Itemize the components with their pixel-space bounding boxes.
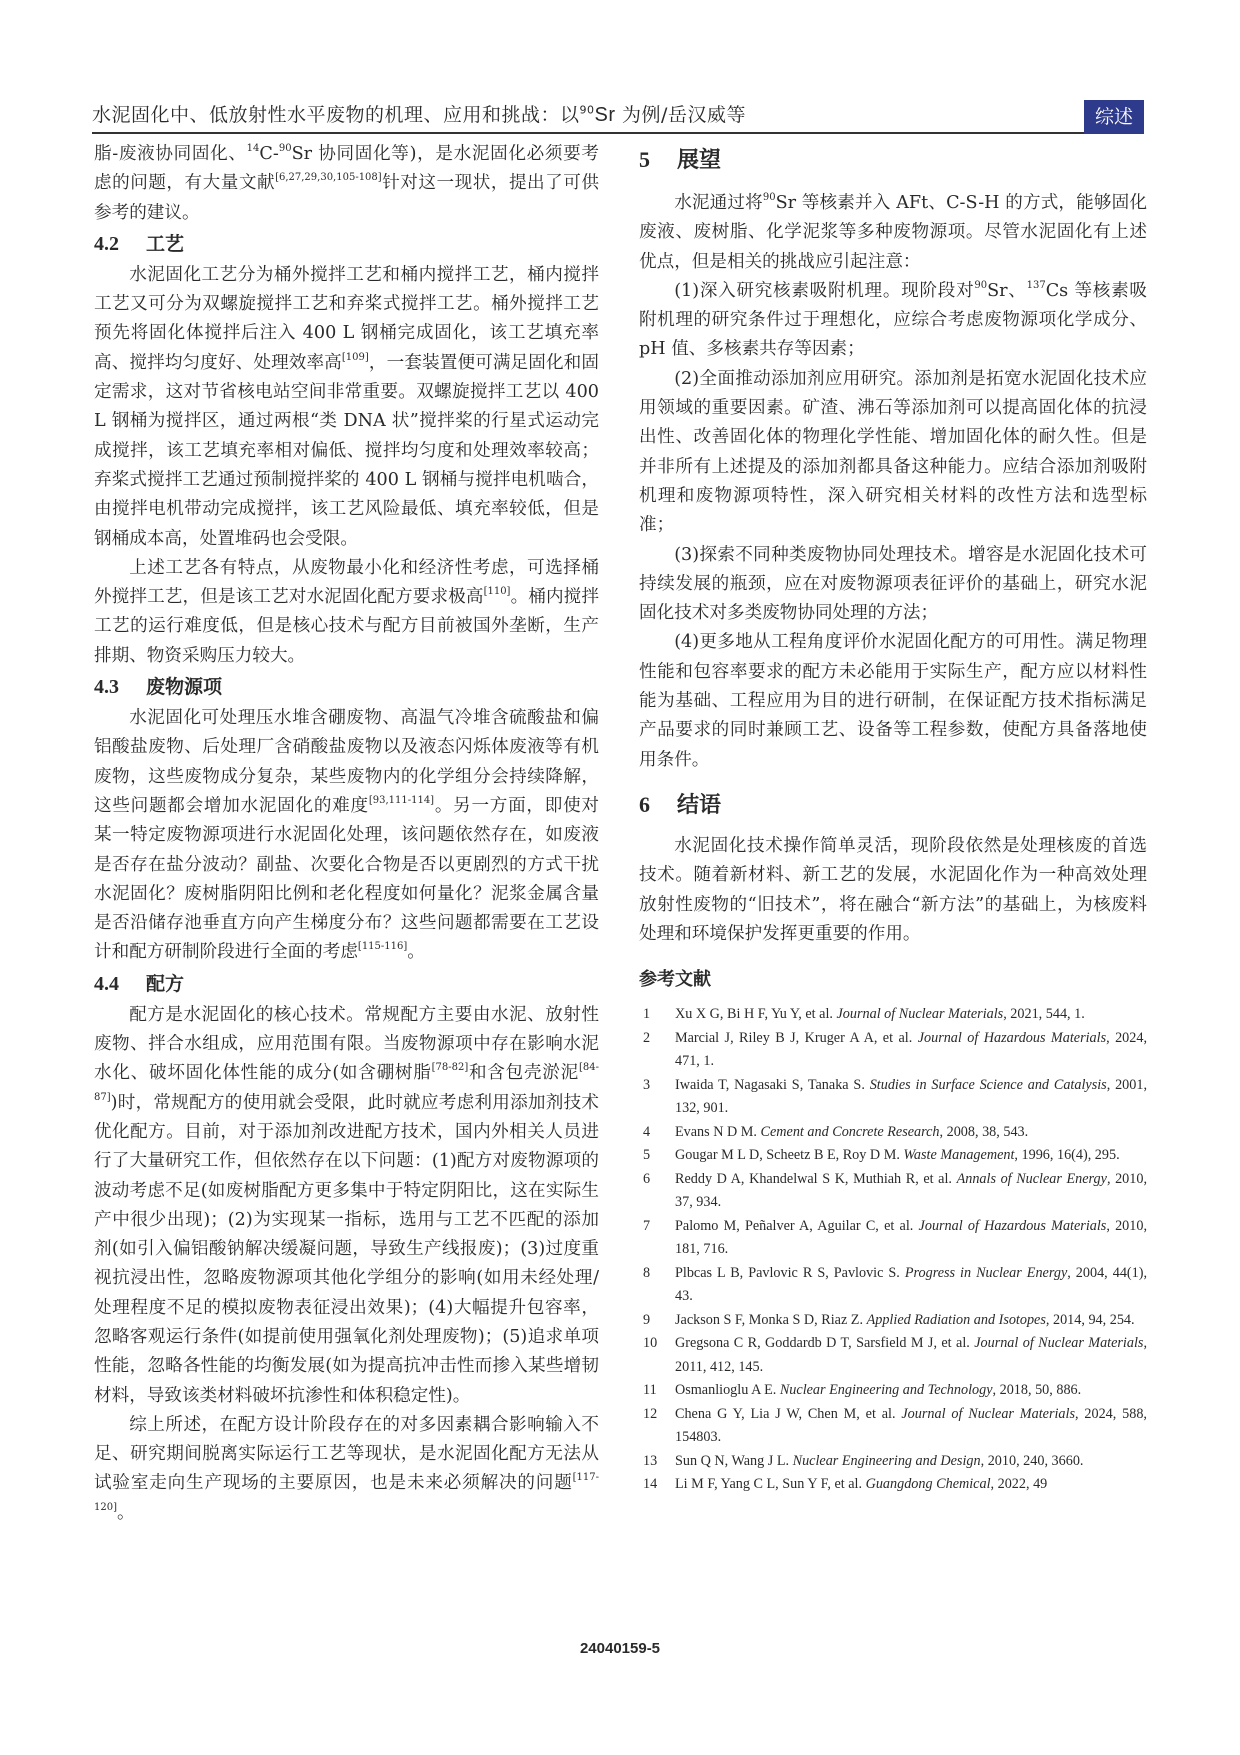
reference-journal: Journal of Hazardous Materials	[919, 1218, 1107, 1234]
reference-authors: Marcial J, Riley B J, Kruger A A, et al.	[675, 1030, 918, 1046]
text-run: ，一套装置便可满足固化和固定需求，这对节省核电站空间非常重要。双螺旋搅拌工艺以 …	[94, 353, 599, 549]
text-run: 和含包壳淤泥	[468, 1063, 579, 1083]
text-run: (1)深入研究核素吸附机理。现阶段对	[674, 281, 974, 301]
reference-item: 4Evans N D M. Cement and Concrete Resear…	[639, 1121, 1147, 1145]
outlook-item-2: (2)全面推动添加剂应用研究。添加剂是拓宽水泥固化技术应用领域的重要因素。矿渣、…	[639, 365, 1147, 541]
reference-journal: Journal of Nuclear Materials	[837, 1006, 1004, 1022]
reference-item: 8Plbcas L B, Pavlovic R S, Pavlovic S. P…	[639, 1262, 1147, 1309]
section-number: 6	[639, 785, 677, 825]
reference-item: 14Li M F, Yang C L, Sun Y F, et al. Guan…	[639, 1473, 1147, 1497]
conclusion-paragraph: 水泥固化技术操作简单灵活，现阶段依然是处理核废的首选技术。随着新材料、新工艺的发…	[639, 832, 1147, 949]
outlook-item-3: (3)探索不同种类废物协同处理技术。增容是水泥固化技术可持续发展的瓶颈，应在对废…	[639, 541, 1147, 629]
reference-number: 12	[639, 1403, 673, 1427]
reference-details: , 2008, 38, 543.	[940, 1124, 1029, 1140]
reference-item: 10Gregsona C R, Goddardb D T, Sarsfield …	[639, 1332, 1147, 1379]
running-title-prefix: 水泥固化中、低放射性水平废物的机理、应用和挑战：以	[92, 104, 580, 126]
left-column: 脂-废液协同固化、14C-90Sr 协同固化等)，是水泥固化必须要考虑的问题，有…	[94, 140, 599, 1528]
section-number: 4.2	[94, 228, 146, 261]
reference-number: 4	[639, 1121, 673, 1145]
running-header: 水泥固化中、低放射性水平废物的机理、应用和挑战：以90Sr 为例/岳汉威等 综述	[92, 96, 1144, 134]
citation: [110]	[484, 586, 511, 597]
text-run: 。	[117, 1503, 135, 1523]
section-number: 5	[639, 140, 677, 180]
reference-number: 14	[639, 1473, 673, 1497]
isotope-mass-superscript: 14	[247, 143, 260, 154]
article-type-tag: 综述	[1084, 100, 1144, 134]
isotope-mass-superscript: 90	[974, 280, 987, 291]
reference-item: 2Marcial J, Riley B J, Kruger A A, et al…	[639, 1027, 1147, 1074]
citation: [115-116]	[358, 941, 407, 952]
section-title: 配方	[146, 973, 184, 995]
isotope-mass-superscript: 90	[763, 192, 776, 203]
intro-continuation-paragraph: 脂-废液协同固化、14C-90Sr 协同固化等)，是水泥固化必须要考虑的问题，有…	[94, 140, 599, 228]
reference-journal: Journal of Nuclear Materials	[974, 1335, 1143, 1351]
reference-journal: Guangdong Chemical	[866, 1476, 991, 1492]
reference-item: 9Jackson S F, Monka S D, Riaz Z. Applied…	[639, 1309, 1147, 1333]
reference-authors: Chena G Y, Lia J W, Chen M, et al.	[675, 1406, 901, 1422]
reference-authors: Sun Q N, Wang J L.	[675, 1453, 793, 1469]
text-run: )时，常规配方的使用就会受限，此时就应考虑利用添加剂技术优化配方。目前，对于添加…	[94, 1093, 599, 1406]
reference-authors: Jackson S F, Monka S D, Riaz Z.	[675, 1312, 867, 1328]
reference-authors: Iwaida T, Nagasaki S, Tanaka S.	[675, 1077, 870, 1093]
reference-item: 13Sun Q N, Wang J L. Nuclear Engineering…	[639, 1450, 1147, 1474]
section-title: 工艺	[146, 233, 184, 255]
isotope-mass-superscript: 90	[279, 143, 292, 154]
text-run: 脂-废液协同固化、	[94, 144, 247, 164]
reference-authors: Osmanlioglu A E.	[675, 1382, 780, 1398]
section-heading-4-3: 4.3废物源项	[94, 671, 599, 704]
reference-authors: Reddy D A, Khandelwal S K, Muthiah R, et…	[675, 1171, 957, 1187]
reference-journal: Applied Radiation and Isotopes	[867, 1312, 1046, 1328]
reference-journal: Journal of Hazardous Materials	[918, 1030, 1106, 1046]
running-title: 水泥固化中、低放射性水平废物的机理、应用和挑战：以90Sr 为例/岳汉威等	[92, 100, 746, 127]
section-title: 展望	[677, 148, 721, 173]
reference-number: 11	[639, 1379, 673, 1403]
text-run: 水泥通过将	[674, 193, 763, 213]
reference-number: 8	[639, 1262, 673, 1286]
section-number: 4.4	[94, 968, 146, 1001]
reference-authors: Gregsona C R, Goddardb D T, Sarsfield M …	[675, 1335, 974, 1351]
citation: [93,111-114]	[369, 795, 434, 806]
reference-authors: Plbcas L B, Pavlovic R S, Pavlovic S.	[675, 1265, 905, 1281]
reference-journal: Nuclear Engineering and Design	[793, 1453, 981, 1469]
isotope-mass-superscript: 90	[580, 104, 595, 117]
text-run: 。	[407, 942, 425, 962]
reference-details: , 2021, 544, 1.	[1003, 1006, 1085, 1022]
paragraph: 水泥固化工艺分为桶外搅拌工艺和桶内搅拌工艺，桶内搅拌工艺又可分为双螺旋搅拌工艺和…	[94, 261, 599, 554]
section-number: 4.3	[94, 671, 146, 704]
reference-number: 9	[639, 1309, 673, 1333]
reference-item: 1Xu X G, Bi H F, Yu Y, et al. Journal of…	[639, 1003, 1147, 1027]
reference-authors: Xu X G, Bi H F, Yu Y, et al.	[675, 1006, 837, 1022]
reference-number: 6	[639, 1168, 673, 1192]
reference-item: 3Iwaida T, Nagasaki S, Tanaka S. Studies…	[639, 1074, 1147, 1121]
paragraph: 综上所述，在配方设计阶段存在的对多因素耦合影响输入不足、研究期间脱离实际运行工艺…	[94, 1411, 599, 1528]
reference-details: , 1996, 16(4), 295.	[1014, 1147, 1119, 1163]
reference-item: 6Reddy D A, Khandelwal S K, Muthiah R, e…	[639, 1168, 1147, 1215]
reference-details: , 2022, 49	[991, 1476, 1048, 1492]
reference-list: 1Xu X G, Bi H F, Yu Y, et al. Journal of…	[639, 1003, 1147, 1497]
reference-number: 7	[639, 1215, 673, 1239]
reference-item: 5Gougar M L D, Scheetz B E, Roy D M. Was…	[639, 1144, 1147, 1168]
section-title: 结语	[677, 793, 721, 818]
isotope-mass-superscript: 137	[1027, 280, 1046, 291]
reference-journal: Annals of Nuclear Energy	[957, 1171, 1107, 1187]
outlook-item-4: (4)更多地从工程角度评价水泥固化配方的可用性。满足物理性能和包容率要求的配方未…	[639, 628, 1147, 774]
text-run: Sr、	[987, 281, 1026, 301]
reference-number: 13	[639, 1450, 673, 1474]
outlook-item-1: (1)深入研究核素吸附机理。现阶段对90Sr、137Cs 等核素吸附机理的研究条…	[639, 277, 1147, 365]
reference-item: 7Palomo M, Peñalver A, Aguilar C, et al.…	[639, 1215, 1147, 1262]
citation: [78-82]	[432, 1062, 469, 1073]
section-heading-5: 5展望	[639, 140, 1147, 181]
reference-journal: Waste Management	[903, 1147, 1014, 1163]
section-heading-4-2: 4.2工艺	[94, 228, 599, 261]
reference-number: 2	[639, 1027, 673, 1051]
reference-item: 11Osmanlioglu A E. Nuclear Engineering a…	[639, 1379, 1147, 1403]
reference-journal: Cement and Concrete Research	[761, 1124, 940, 1140]
reference-journal: Nuclear Engineering and Technology	[780, 1382, 993, 1398]
text-run: 综上所述，在配方设计阶段存在的对多因素耦合影响输入不足、研究期间脱离实际运行工艺…	[94, 1415, 599, 1494]
paragraph: 水泥通过将90Sr 等核素并入 AFt、C-S-H 的方式，能够固化废液、废树脂…	[639, 189, 1147, 277]
running-title-suffix: 为例/岳汉威等	[616, 104, 746, 126]
reference-number: 1	[639, 1003, 673, 1027]
reference-journal: Journal of Nuclear Materials	[901, 1406, 1075, 1422]
reference-journal: Studies in Surface Science and Catalysis	[870, 1077, 1107, 1093]
reference-item: 12Chena G Y, Lia J W, Chen M, et al. Jou…	[639, 1403, 1147, 1450]
reference-journal: Progress in Nuclear Energy	[905, 1265, 1067, 1281]
paragraph: 上述工艺各有特点，从废物最小化和经济性考虑，可选择桶外搅拌工艺，但是该工艺对水泥…	[94, 554, 599, 671]
reference-authors: Palomo M, Peñalver A, Aguilar C, et al.	[675, 1218, 919, 1234]
reference-authors: Li M F, Yang C L, Sun Y F, et al.	[675, 1476, 866, 1492]
reference-details: , 2010, 240, 3660.	[981, 1453, 1084, 1469]
text-run: C-	[259, 144, 278, 164]
section-heading-4-4: 4.4配方	[94, 968, 599, 1001]
reference-number: 5	[639, 1144, 673, 1168]
isotope-element: Sr	[595, 104, 616, 126]
reference-details: , 2014, 94, 254.	[1046, 1312, 1135, 1328]
references-heading: 参考文献	[639, 965, 1147, 991]
reference-authors: Gougar M L D, Scheetz B E, Roy D M.	[675, 1147, 903, 1163]
citation: [6,27,29,30,105-108]	[275, 172, 382, 183]
text-run: 。另一方面，即使对某一特定废物源项进行水泥固化处理，该问题依然存在，如废液是否存…	[94, 796, 599, 962]
paragraph: 配方是水泥固化的核心技术。常规配方主要由水泥、放射性废物、拌合水组成，应用范围有…	[94, 1001, 599, 1411]
reference-number: 10	[639, 1332, 673, 1356]
reference-details: , 2018, 50, 886.	[993, 1382, 1082, 1398]
citation: [109]	[342, 352, 369, 363]
section-heading-6: 6结语	[639, 785, 1147, 826]
right-column: 5展望 水泥通过将90Sr 等核素并入 AFt、C-S-H 的方式，能够固化废液…	[639, 140, 1147, 1497]
page-number: 24040159-5	[0, 1640, 1240, 1657]
reference-number: 3	[639, 1074, 673, 1098]
paragraph: 水泥固化可处理压水堆含硼废物、高温气冷堆含硫酸盐和偏铝酸盐废物、后处理厂含硝酸盐…	[94, 704, 599, 968]
section-title: 废物源项	[146, 676, 222, 698]
reference-authors: Evans N D M.	[675, 1124, 761, 1140]
